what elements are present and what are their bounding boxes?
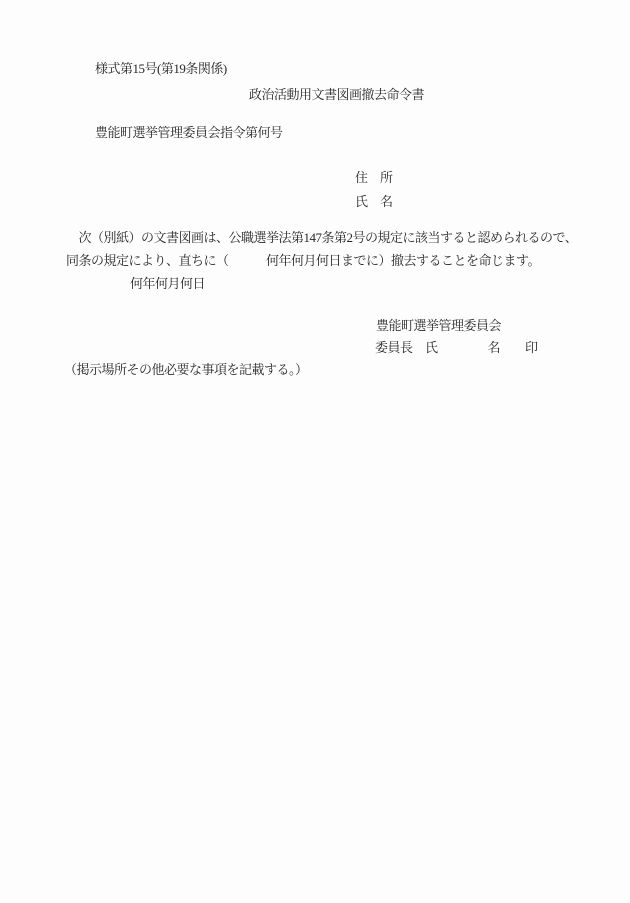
recipient-name-label: 氏 名: [355, 195, 393, 210]
document-page: 様式第15号(第19条関係) 政治活動用文書図画撤去命令書 豊能町選挙管理委員会…: [0, 0, 630, 903]
issuer-organization: 豊能町選挙管理委員会: [376, 319, 501, 334]
body-text-line-2: 同条の規定により、直ちに（ 何年何月何日までに）撤去することを命じます。: [66, 254, 540, 269]
document-title: 政治活動用文書図画撤去命令書: [249, 88, 424, 103]
form-number: 様式第15号(第19条関係): [95, 62, 227, 77]
body-date-placeholder: 何年何月何日: [130, 277, 205, 292]
recipient-address-label: 住 所: [355, 171, 393, 186]
issuer-chairman-line: 委員長 氏 名 印: [375, 341, 538, 356]
footnote: （掲示場所その他必要な事項を記載する。）: [64, 363, 308, 378]
body-text-line-1: 次（別紙）の文書図画は、公職選挙法第147条第2号の規定に該当すると認められるの…: [66, 231, 577, 246]
directive-number: 豊能町選挙管理委員会指令第何号: [95, 126, 283, 141]
